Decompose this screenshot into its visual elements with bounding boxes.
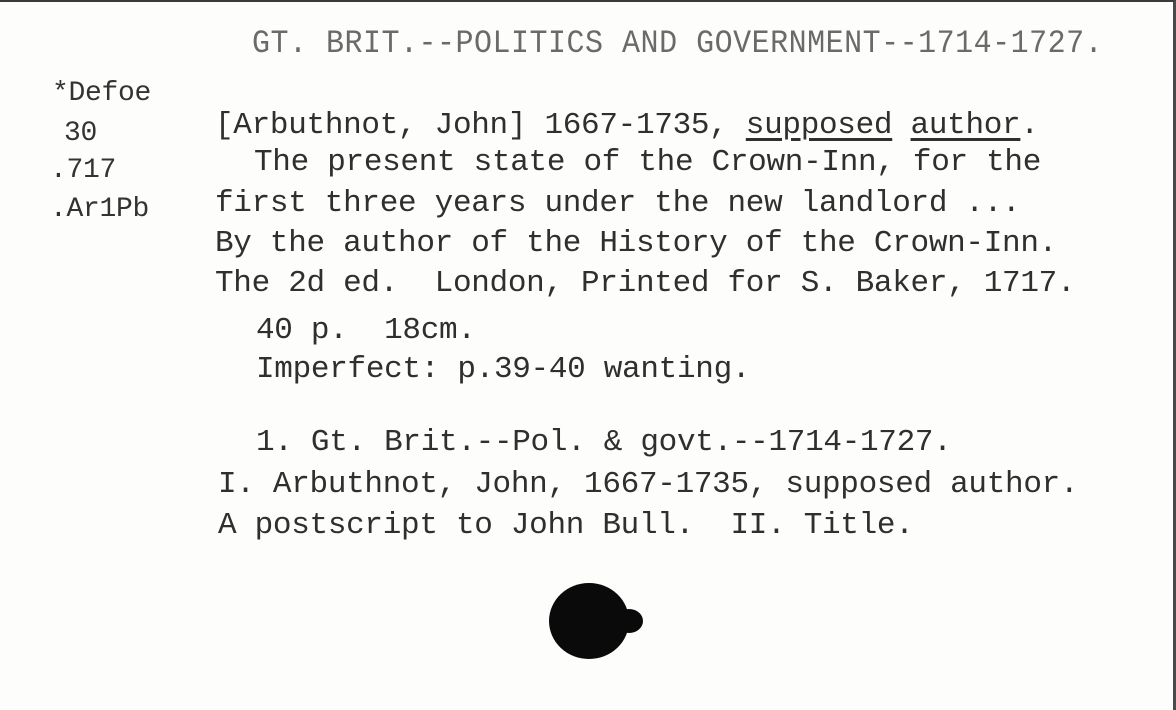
catalog-card: GT. BRIT.--POLITICS AND GOVERNMENT--1714… bbox=[0, 0, 1176, 710]
subject-heading: GT. BRIT.--POLITICS AND GOVERNMENT--1714… bbox=[252, 28, 1103, 60]
tracing-line-1: 1. Gt. Brit.--Pol. & govt.--1714-1727. bbox=[256, 427, 952, 458]
call-number-line-3: .717 bbox=[50, 157, 116, 185]
author-space bbox=[892, 108, 910, 143]
author-qualifier-author: author bbox=[911, 108, 1021, 143]
collation: 40 p. 18cm. bbox=[256, 315, 476, 346]
tracing-line-3: A postscript to John Bull. II. Title. bbox=[218, 510, 914, 541]
title-line-1: The present state of the Crown-Inn, for … bbox=[254, 147, 1041, 178]
punch-hole-icon bbox=[549, 583, 629, 659]
call-number-line-1: *Defoe bbox=[52, 80, 151, 108]
call-number-line-2: 30 bbox=[64, 120, 97, 148]
title-line-3: By the author of the History of the Crow… bbox=[215, 228, 1057, 259]
tracing-line-2: I. Arbuthnot, John, 1667-1735, supposed … bbox=[218, 469, 1078, 500]
author-period: . bbox=[1020, 108, 1038, 143]
title-line-2: first three years under the new landlord… bbox=[215, 188, 1020, 219]
call-number-line-4: .Ar1Pb bbox=[50, 196, 149, 224]
note: Imperfect: p.39-40 wanting. bbox=[256, 354, 750, 385]
author-entry: [Arbuthnot, John] 1667-1735, supposed au… bbox=[215, 110, 1039, 141]
imprint-line: The 2d ed. London, Printed for S. Baker,… bbox=[215, 268, 1075, 299]
author-name: [Arbuthnot, John] 1667-1735, bbox=[215, 108, 746, 143]
author-qualifier-supposed: supposed bbox=[746, 108, 892, 143]
